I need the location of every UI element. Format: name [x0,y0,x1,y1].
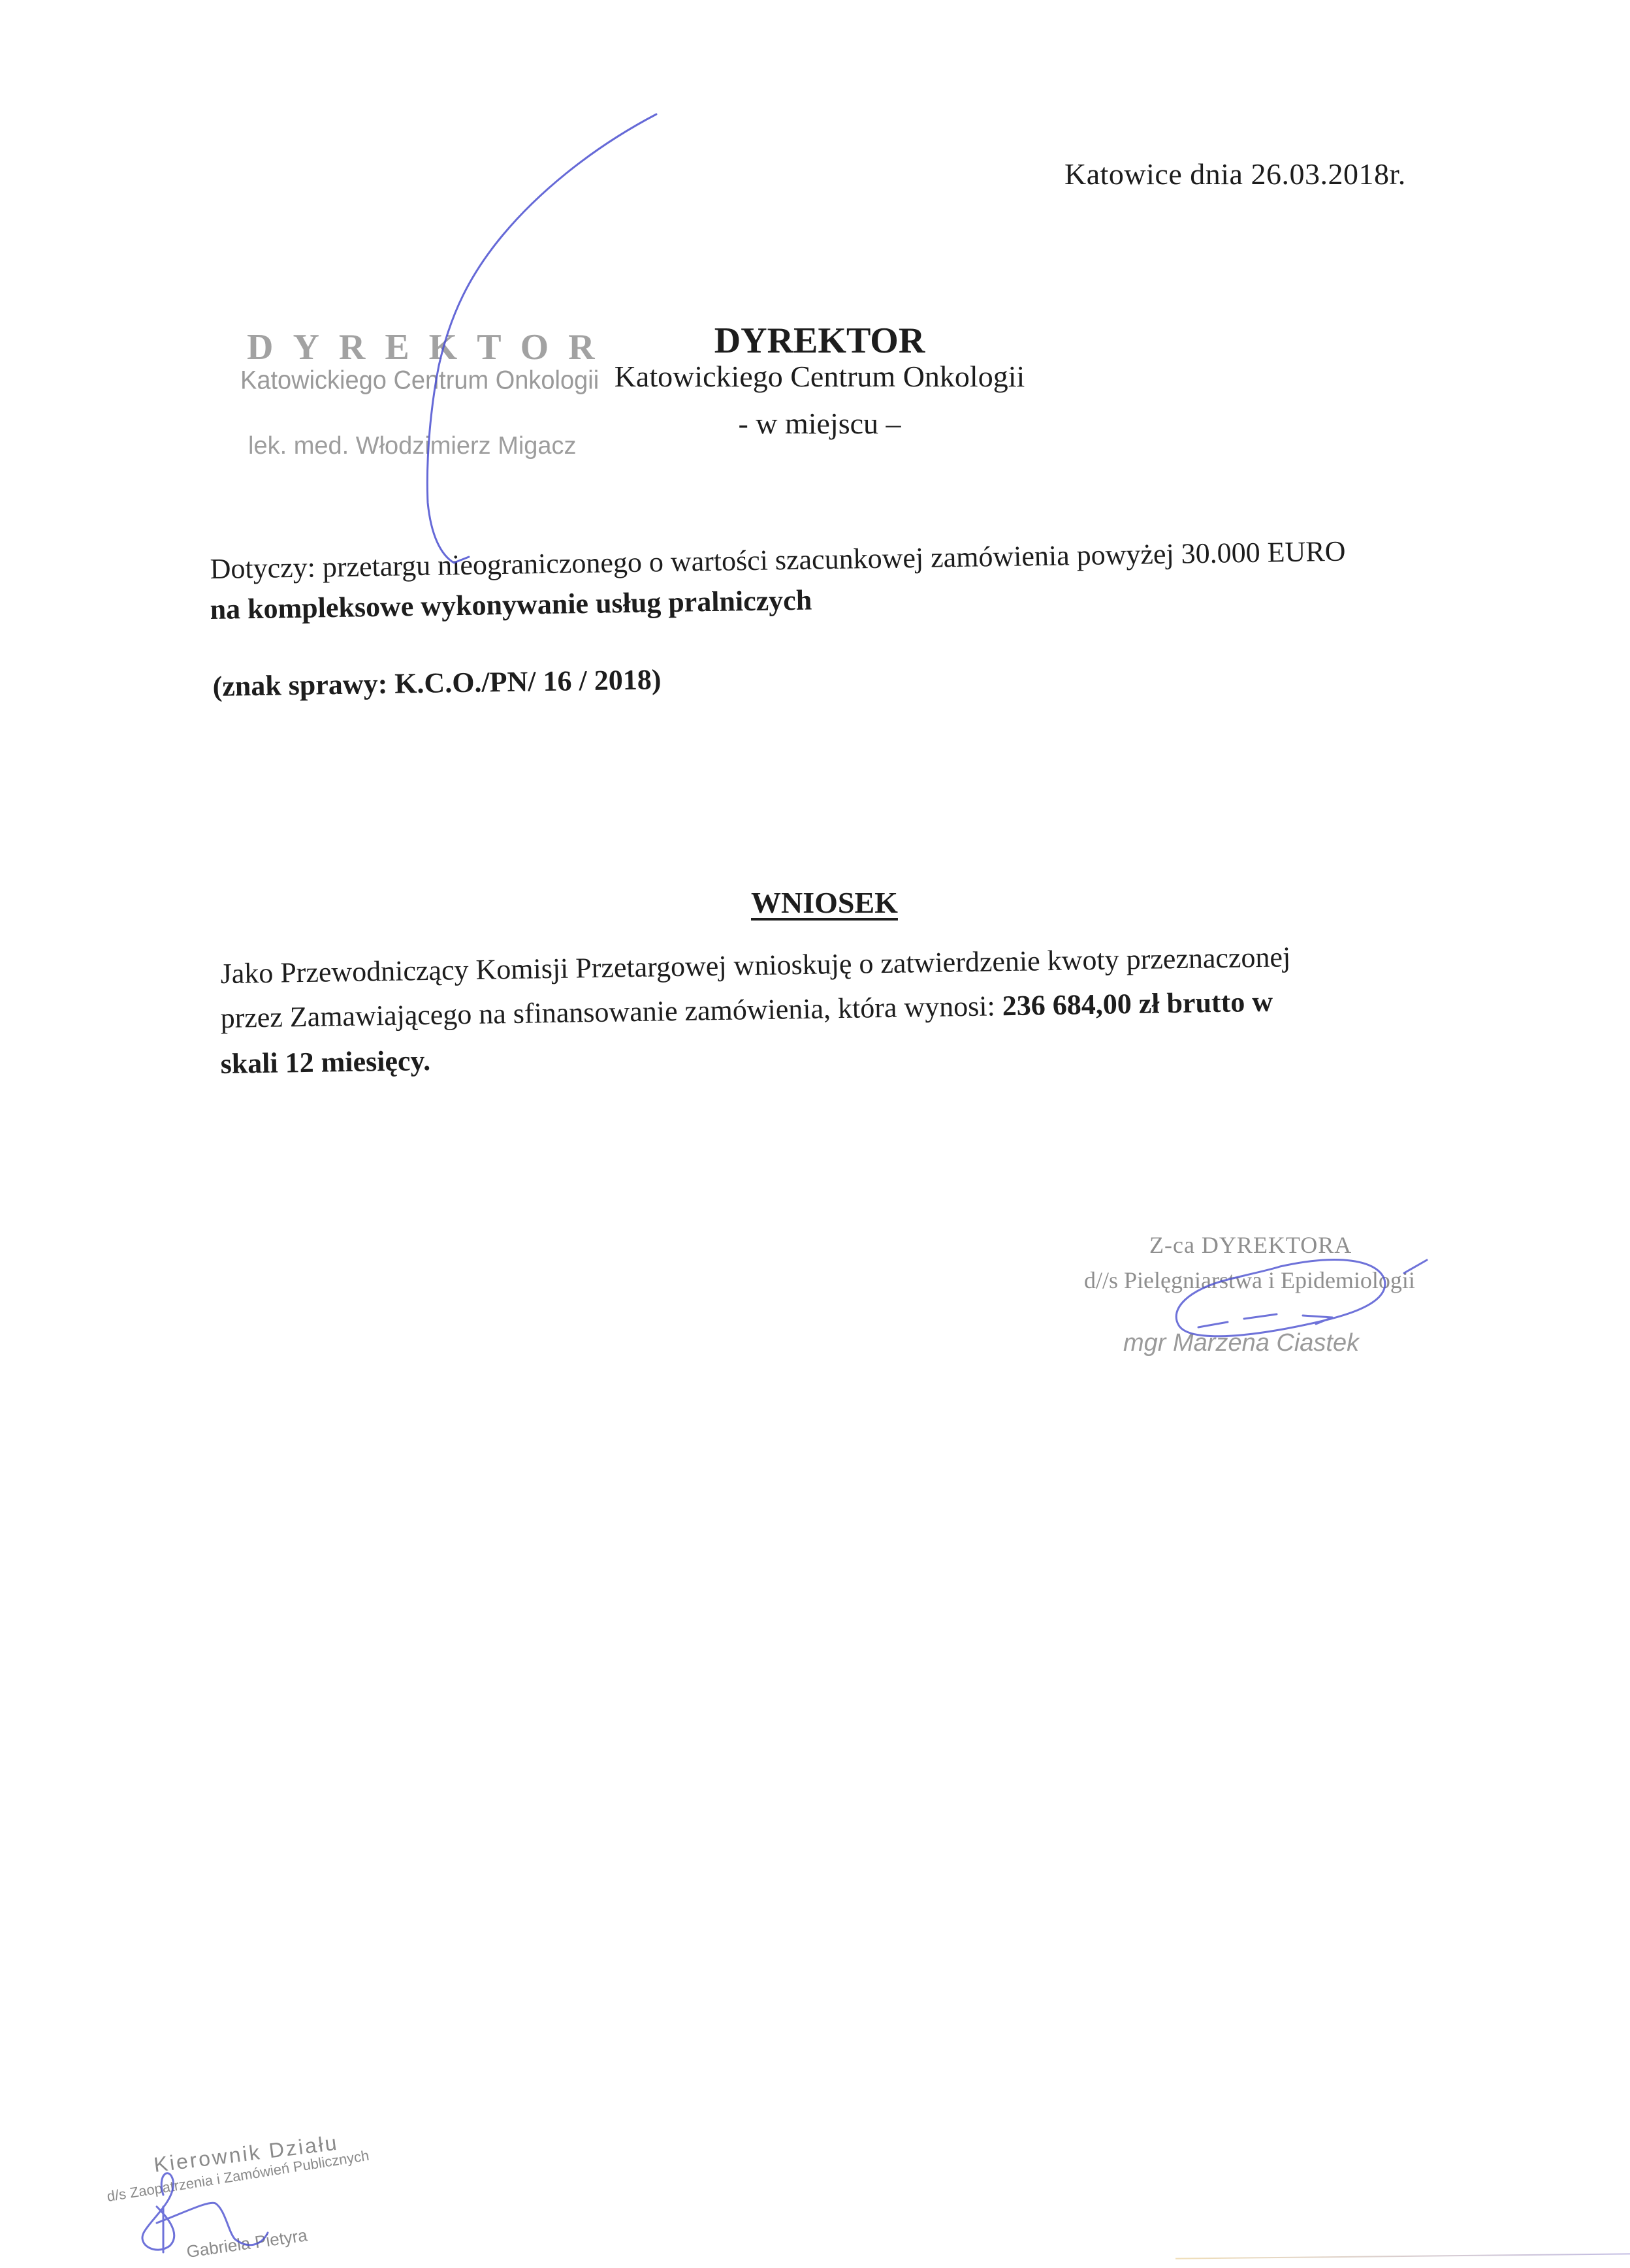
scan-edge-line [1175,2253,1630,2259]
deputy-stamp-name: mgr Marzena Ciastek [1123,1329,1359,1357]
subject-description: na kompleksowe wykonywanie usług pralnic… [210,584,812,626]
director-stamp-organization: Katowickiego Centrum Onkologii [240,366,599,396]
body-line-3: skali 12 miesięcy. [220,1044,430,1080]
body-line-1: Jako Przewodniczący Komisji Przetargowej… [220,940,1290,990]
deputy-stamp-department: d//s Pielęgniarstwa i Epidemiologii [1084,1267,1415,1294]
director-stamp-name: lek. med. Włodzimierz Migacz [248,432,577,460]
deputy-stamp-title: Z-ca DYREKTORA [1149,1231,1352,1259]
addressee-title: DYREKTOR [558,320,1081,362]
body-line-2: przez Zamawiającego na sfinansowanie zam… [220,985,1273,1035]
case-reference: (znak sprawy: K.C.O./PN/ 16 / 2018) [212,663,662,703]
document-heading: WNIOSEK [751,885,898,920]
addressee-organization: Katowickiego Centrum Onkologii [558,359,1081,394]
body-line-2-text: przez Zamawiającego na sfinansowanie zam… [220,990,1002,1034]
scanned-document-page: Katowice dnia 26.03.2018r. DYREKTOR Kato… [0,0,1630,2268]
addressee-location: - w miejscu – [558,406,1081,441]
department-head-stamp-name: Gabriela Pietyra [185,2225,309,2262]
requested-amount: 236 684,00 zł brutto w [1002,986,1273,1022]
subject-line: Dotyczy: przetargu nieograniczonego o wa… [210,535,1346,586]
place-and-date: Katowice dnia 26.03.2018r. [1064,157,1406,191]
